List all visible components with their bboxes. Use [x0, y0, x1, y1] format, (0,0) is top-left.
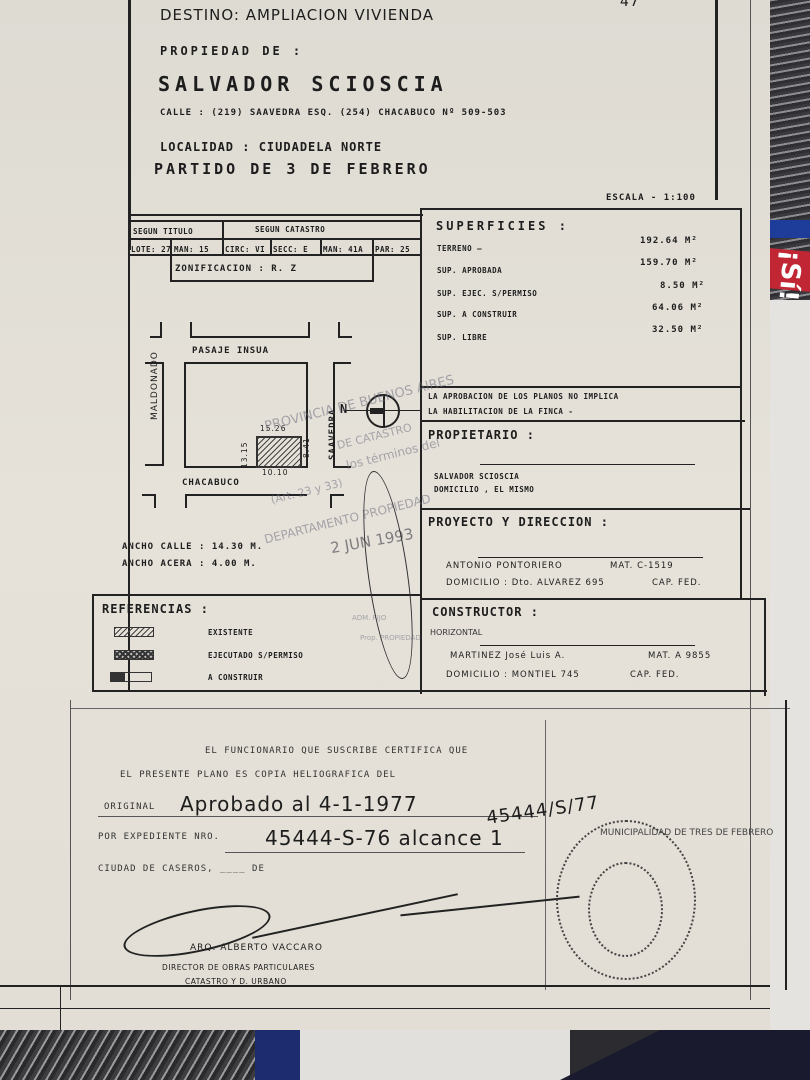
- frame-line: [128, 0, 131, 250]
- cert-margin-note: 45444/S/77: [485, 792, 601, 829]
- owner-name: SALVADOR SCIOSCIA: [158, 72, 448, 96]
- dim-left: 13.15: [240, 442, 249, 468]
- proyecto-cap: CAP. FED.: [652, 578, 701, 588]
- sup-value: 64.06 M²: [652, 303, 703, 313]
- constructor-mat: MAT. A 9855: [648, 651, 711, 661]
- document-paper: DESTINO: AMPLIACION VIVIENDA 47 PROPIEDA…: [0, 0, 770, 1030]
- referencias-title: REFERENCIAS :: [102, 602, 209, 616]
- sup-label: SUP. EJEC. S/PERMISO: [437, 289, 537, 298]
- calle: CALLE : (219) SAAVEDRA ESQ. (254) CHACAB…: [160, 108, 507, 118]
- legend-label: EXISTENTE: [208, 628, 253, 637]
- constructor-cap: CAP. FED.: [630, 670, 679, 680]
- propietario-name: SALVADOR SCIOSCIA: [434, 472, 519, 481]
- escala: ESCALA - 1:100: [606, 193, 696, 203]
- zonificacion: ZONIFICACION : R. Z: [175, 264, 297, 274]
- dim-bottom: 10.10: [262, 468, 288, 477]
- propiedad-label: PROPIEDAD DE :: [160, 44, 303, 58]
- stamp-horizontal: HORIZONTAL: [430, 628, 482, 637]
- constructor-domicilio: DOMICILIO : MONTIEL 745: [446, 670, 580, 680]
- ancho-calle: ANCHO CALLE : 14.30 M.: [122, 542, 263, 552]
- constructor-name: MARTINEZ José Luis A.: [450, 651, 565, 661]
- sup-value: 192.64 M²: [640, 236, 698, 246]
- sup-label: SUP. A CONSTRUIR: [437, 310, 517, 319]
- white-sheet: [300, 1030, 570, 1080]
- lot-hatched: [256, 436, 302, 468]
- ancho-acera: ANCHO ACERA : 4.00 M.: [122, 559, 257, 569]
- proyecto-domicilio: DOMICILIO : Dto. ALVAREZ 695: [446, 578, 605, 588]
- catastro-cell: MAN: 15: [174, 245, 209, 254]
- sup-label: SUP. LIBRE: [437, 333, 487, 342]
- proyecto-name: ANTONIO PONTORIERO: [446, 561, 563, 571]
- proyecto-mat: MAT. C-1519: [610, 561, 674, 571]
- partido: PARTIDO DE 3 DE FEBRERO: [154, 160, 431, 178]
- street-maldonado: MALDONADO: [150, 351, 160, 420]
- signature-stroke: [252, 893, 458, 939]
- sup-label: TERRENO —: [437, 244, 482, 253]
- catastro-cell: SECC: E: [273, 245, 308, 254]
- catastro-cell: PAR: 25: [375, 245, 410, 254]
- destino: DESTINO: AMPLIACION VIVIENDA: [160, 6, 434, 24]
- cert-expediente-label: POR EXPEDIENTE NRO.: [98, 832, 220, 842]
- propietario-domicilio: DOMICILIO , EL MISMO: [434, 485, 534, 494]
- segun-titulo: SEGUN TITULO: [133, 227, 193, 236]
- stamp-art: (Art. 23 y 33): [270, 476, 344, 506]
- sup-value: 8.50 M²: [660, 281, 705, 291]
- sup-value: 159.70 M²: [640, 258, 698, 268]
- legend-construir-swatch: [110, 672, 152, 682]
- page-mark: 47: [620, 0, 640, 10]
- sup-label: SUP. APROBADA: [437, 266, 502, 275]
- notice-line: LA APROBACION DE LOS PLANOS NO IMPLICA: [428, 392, 619, 401]
- dark-sheet: [560, 1030, 810, 1080]
- segun-catastro: SEGUN CATASTRO: [255, 225, 325, 234]
- signature-scribble: [119, 895, 274, 967]
- propietario-title: PROPIETARIO :: [428, 428, 535, 442]
- blue-sheet: [255, 1030, 305, 1080]
- legend-ejecutado-swatch: [114, 650, 154, 660]
- catastro-cell: CIRC: VI: [225, 245, 265, 254]
- notice-line: LA HABILITACION DE LA FINCA -: [428, 407, 573, 416]
- legend-label: A CONSTRUIR: [208, 673, 263, 682]
- signer-name: ARQ. ALBERTO VACCARO: [190, 943, 323, 953]
- constructor-title: CONSTRUCTOR :: [432, 605, 539, 619]
- catastro-cell: LOTE: 27: [131, 245, 171, 254]
- legend-label: EJECUTADO S/PERMISO: [208, 651, 303, 660]
- cert-line2: EL PRESENTE PLANO ES COPIA HELIOGRAFICA …: [120, 770, 396, 780]
- cert-line1: EL FUNCIONARIO QUE SUSCRIBE CERTIFICA QU…: [205, 746, 468, 756]
- proyecto-title: PROYECTO Y DIRECCION :: [428, 515, 609, 529]
- sup-value: 32.50 M²: [652, 325, 703, 335]
- cert-expediente-number: 45444-S-76 alcance 1: [265, 826, 504, 850]
- catastro-cell: MAN: 41A: [323, 245, 363, 254]
- signer-title: DIRECTOR DE OBRAS PARTICULARES: [162, 963, 315, 972]
- white-card: [770, 300, 810, 1040]
- municipal-seal-icon: [556, 820, 696, 980]
- localidad: LOCALIDAD : CIUDADELA NORTE: [160, 140, 382, 154]
- seal-text: MUNICIPALIDAD DE TRES DE FEBRERO: [600, 828, 773, 838]
- dim-right: 8.41: [302, 437, 311, 458]
- street-pasaje: PASAJE INSUA: [192, 346, 269, 356]
- superficies-title: SUPERFICIES :: [436, 219, 569, 233]
- fabric-bottom: [0, 1030, 260, 1080]
- cert-approved-date: Aprobado al 4-1-1977: [180, 792, 418, 816]
- cert-city: CIUDAD DE CASEROS, ____ DE: [98, 864, 265, 874]
- cert-line3-label: ORIGINAL: [104, 802, 155, 812]
- legend-existente-swatch: [114, 627, 154, 637]
- frame-line: [715, 0, 718, 200]
- street-chacabuco: CHACABUCO: [182, 478, 240, 488]
